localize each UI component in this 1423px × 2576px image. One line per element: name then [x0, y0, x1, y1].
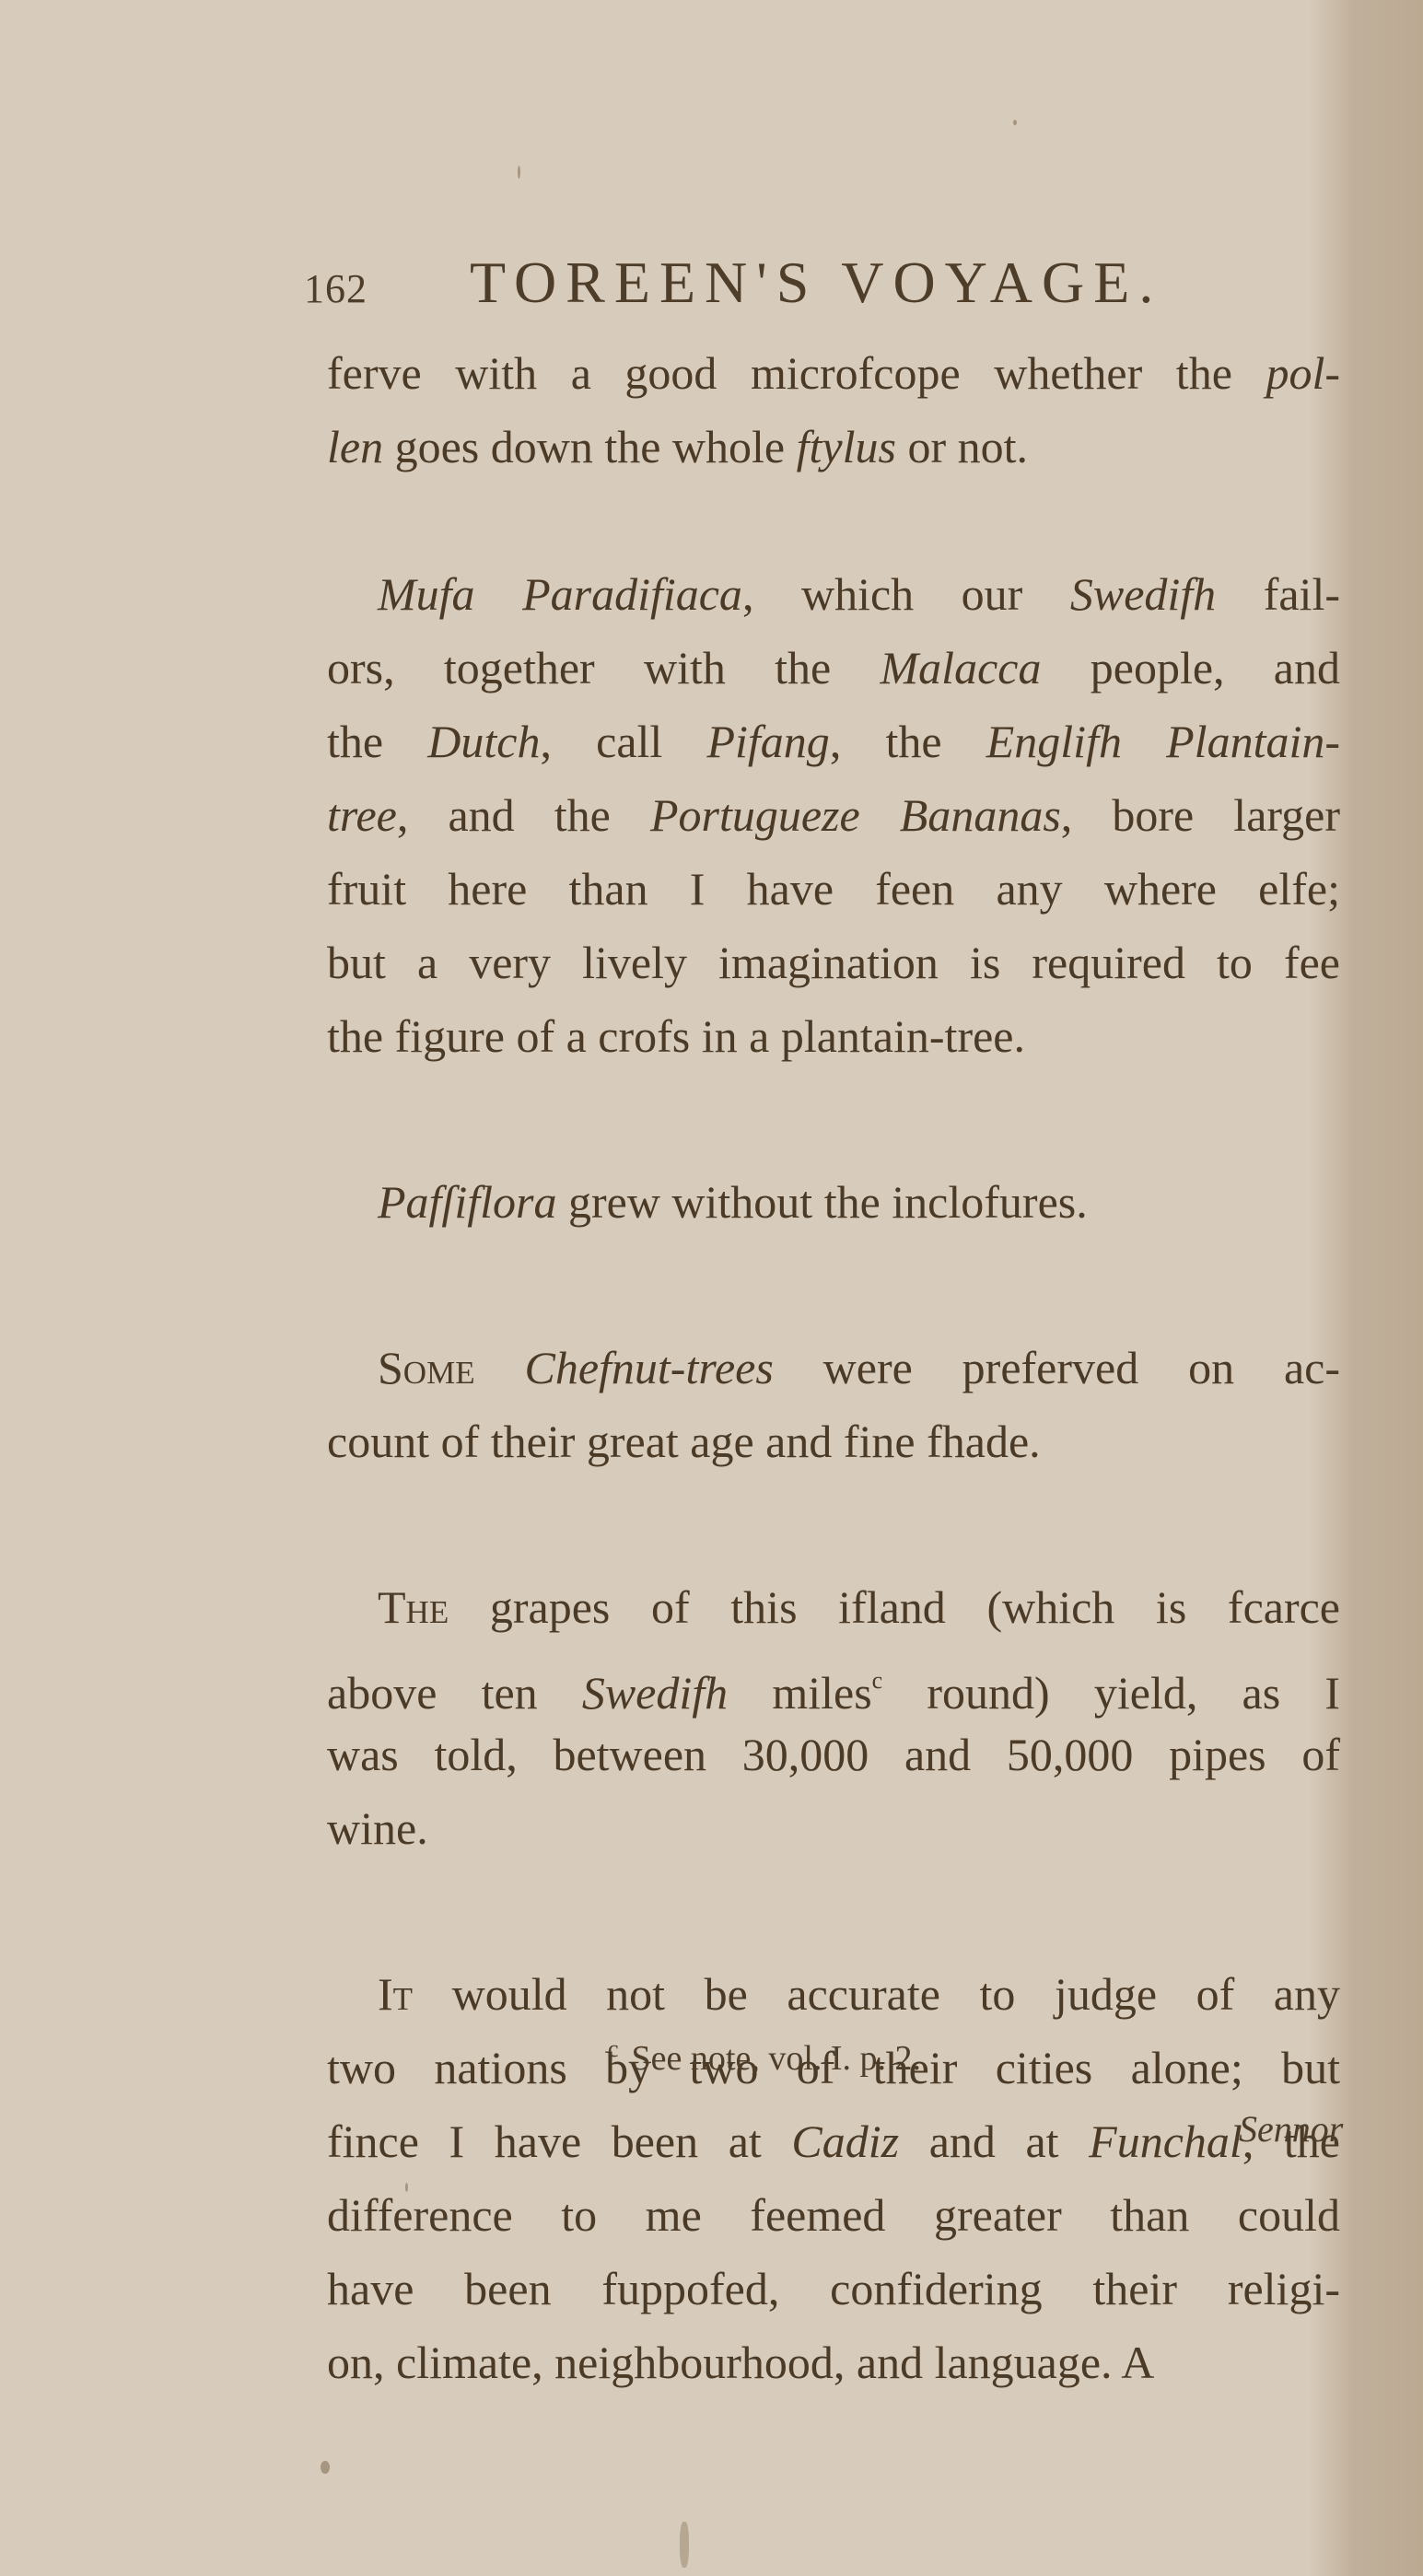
- italic-term: Swedifh: [1070, 568, 1216, 620]
- paragraph: It would not be accurate to judge of any…: [327, 1957, 1340, 2399]
- paragraph-gap: [327, 1478, 1340, 1570]
- paper-speck: [680, 2522, 689, 2568]
- text-run: fruit here than I have feen any where el…: [327, 863, 1340, 915]
- paper-speck: [1013, 120, 1017, 125]
- text-line: but a very lively imagination is require…: [327, 926, 1340, 999]
- catchword: Sennor: [1239, 2107, 1343, 2151]
- text-run: round) yield, as I: [882, 1667, 1340, 1719]
- italic-term: Chefnut-trees: [524, 1342, 773, 1393]
- text-run: , which our: [742, 568, 1070, 620]
- text-line: len goes down the whole ftylus or not.: [327, 410, 1340, 484]
- paragraph: ferve with a good microfcope whether the…: [327, 336, 1340, 484]
- italic-term: Pafſiflora: [378, 1176, 556, 1228]
- text-run: miles: [728, 1667, 872, 1719]
- text-run: on, climate, neighbourhood, and language…: [327, 2337, 1154, 2388]
- italic-term: Portugueze Bananas: [650, 789, 1061, 841]
- text-run: , bore larger: [1061, 789, 1340, 841]
- paragraph: Some Chefnut-trees were preferved on ac-…: [327, 1331, 1340, 1478]
- text-line: have been fuppofed, confidering their re…: [327, 2252, 1340, 2325]
- footnote-text: See note, vol. I. p. 2.: [632, 2039, 922, 2078]
- text-run: above ten: [327, 1667, 582, 1719]
- text-line: the Dutch, call Pifang, the Englifh Plan…: [327, 705, 1340, 778]
- text-run: , call: [540, 716, 706, 767]
- text-line: It would not be accurate to judge of any: [327, 1957, 1340, 2031]
- text-run: The: [378, 1581, 449, 1633]
- paper-speck: [321, 2461, 330, 2474]
- text-run: grew without the inclofures.: [556, 1176, 1087, 1228]
- italic-term: pol-: [1266, 347, 1340, 399]
- text-run: goes down the whole: [383, 421, 797, 472]
- paragraph-gap: [327, 1865, 1340, 1957]
- body-text: ferve with a good microfcope whether the…: [327, 336, 1340, 2399]
- text-run: or not.: [896, 421, 1028, 472]
- text-line: fince I have been at Cadiz and at Funcha…: [327, 2104, 1340, 2178]
- italic-term: Pifang: [706, 716, 829, 767]
- text-run: It: [378, 1968, 413, 2020]
- text-run: but a very lively imagination is require…: [327, 937, 1340, 988]
- text-line: on, climate, neighbourhood, and language…: [327, 2325, 1340, 2399]
- footnote-reference: c: [872, 1667, 883, 1694]
- text-line: wine.: [327, 1791, 1340, 1865]
- text-line: ors, together with the Malacca people, a…: [327, 631, 1340, 705]
- paragraph-gap: [327, 484, 1340, 557]
- italic-term: Englifh Plantain-: [986, 716, 1340, 767]
- text-run: have been fuppofed, confidering their re…: [327, 2263, 1340, 2314]
- text-run: , the: [830, 716, 986, 767]
- text-run: would not be accurate to judge of any: [413, 1968, 1340, 2020]
- text-run: difference to me feemed greater than cou…: [327, 2189, 1340, 2241]
- text-run: people, and: [1041, 642, 1340, 694]
- paper-speck: [518, 166, 520, 179]
- text-run: ors, together with the: [327, 642, 881, 694]
- italic-term: ftylus: [797, 421, 896, 472]
- page-number: 162: [304, 265, 470, 312]
- book-page: 162 TOREEN'S VOYAGE. ferve with a good m…: [0, 0, 1423, 2576]
- italic-term: Malacca: [881, 642, 1042, 694]
- text-run: fail-: [1216, 568, 1340, 620]
- text-line: the figure of a crofs in a plantain-tree…: [327, 999, 1340, 1073]
- paragraph: The grapes of this ifland (which is fcar…: [327, 1570, 1340, 1865]
- italic-term: Cadiz: [791, 2116, 899, 2167]
- text-line: was told, between 30,000 and 50,000 pipe…: [327, 1718, 1340, 1791]
- text-line: Some Chefnut-trees were preferved on ac-: [327, 1331, 1340, 1405]
- italic-term: Swedifh: [582, 1667, 728, 1719]
- paragraph-gap: [327, 1073, 1340, 1165]
- text-line: Mufa Paradifiaca, which our Swedifh fail…: [327, 557, 1340, 631]
- text-run: the: [327, 716, 427, 767]
- text-run: was told, between 30,000 and 50,000 pipe…: [327, 1729, 1340, 1780]
- italic-term: tree: [327, 789, 397, 841]
- text-line: tree, and the Portugueze Bananas, bore l…: [327, 778, 1340, 852]
- text-line: count of their great age and fine fhade.: [327, 1405, 1340, 1478]
- text-run: count of their great age and fine fhade.: [327, 1416, 1041, 1467]
- text-run: the figure of a crofs in a plantain-tree…: [327, 1010, 1025, 1062]
- footnote: cSee note, vol. I. p. 2.: [608, 2035, 921, 2079]
- text-run: ferve with a good microfcope whether the: [327, 347, 1266, 399]
- text-run: were preferved on ac-: [774, 1342, 1340, 1393]
- italic-term: Mufa Paradifiaca: [378, 568, 742, 620]
- running-title: TOREEN'S VOYAGE.: [470, 249, 1162, 317]
- text-run: , and the: [397, 789, 650, 841]
- text-line: difference to me feemed greater than cou…: [327, 2178, 1340, 2252]
- paragraph: Mufa Paradifiaca, which our Swedifh fail…: [327, 557, 1340, 1073]
- running-header: 162 TOREEN'S VOYAGE.: [304, 249, 1317, 332]
- italic-term: len: [327, 421, 383, 472]
- paragraph: Pafſiflora grew without the inclofures.: [327, 1165, 1340, 1239]
- text-run: fince I have been at: [327, 2116, 791, 2167]
- italic-term: Dutch: [427, 716, 540, 767]
- italic-term: Funchal: [1089, 2116, 1242, 2167]
- text-run: [475, 1342, 525, 1393]
- text-line: The grapes of this ifland (which is fcar…: [327, 1570, 1340, 1644]
- text-line: fruit here than I have feen any where el…: [327, 852, 1340, 926]
- text-line: ferve with a good microfcope whether the…: [327, 336, 1340, 410]
- text-line: above ten Swedifh milesc round) yield, a…: [327, 1644, 1340, 1718]
- footnote-mark: c: [608, 2035, 619, 2062]
- text-run: Some: [378, 1342, 475, 1393]
- text-line: Pafſiflora grew without the inclofures.: [327, 1165, 1340, 1239]
- text-run: wine.: [327, 1802, 428, 1854]
- paragraph-gap: [327, 1239, 1340, 1331]
- text-run: and at: [899, 2116, 1089, 2167]
- text-run: grapes of this ifland (which is fcarce: [449, 1581, 1340, 1633]
